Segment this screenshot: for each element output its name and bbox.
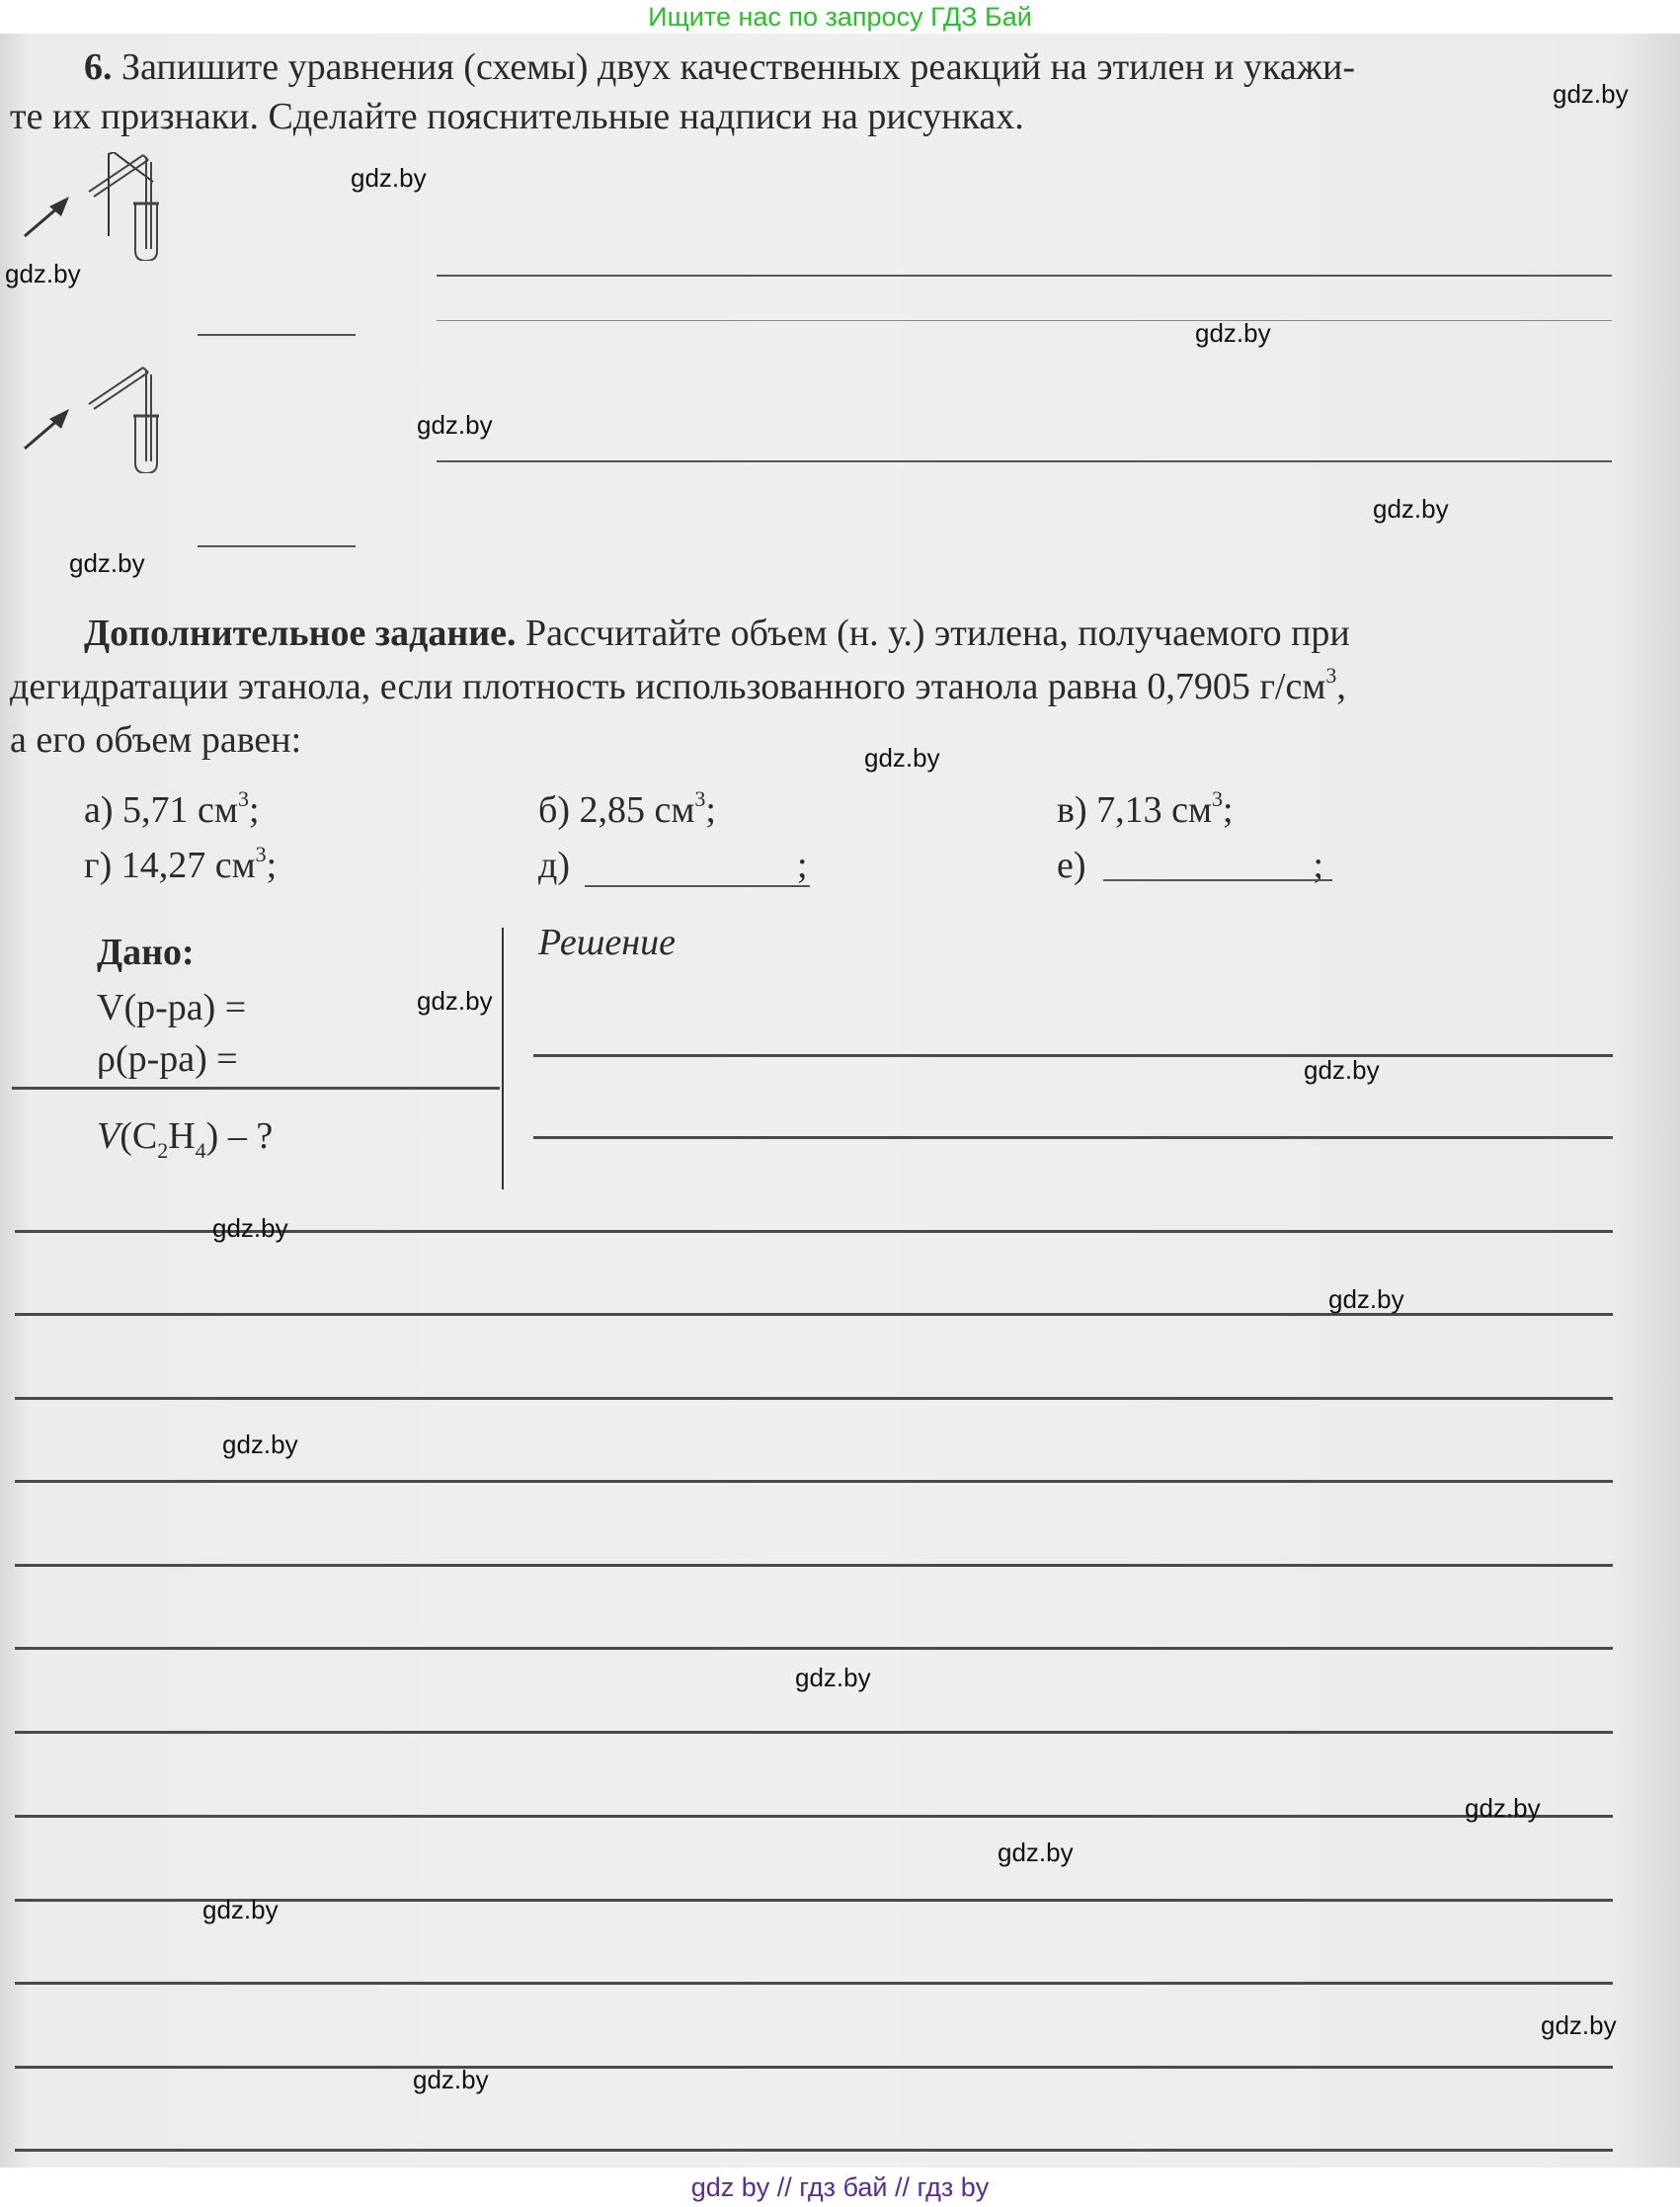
solution-title: Решение	[538, 919, 676, 966]
answer-line[interactable]	[533, 1136, 1613, 1139]
answer-line[interactable]	[15, 1397, 1613, 1400]
answer-line[interactable]	[15, 1647, 1613, 1650]
answer-line[interactable]	[15, 1982, 1613, 1985]
answer-line[interactable]	[15, 1815, 1613, 1818]
watermark: gdz.by	[1195, 318, 1271, 349]
given-separator	[12, 1087, 500, 1090]
extra-task-title: Дополнительное задание.	[84, 613, 517, 654]
watermark: gdz.by	[417, 986, 493, 1017]
option-a[interactable]: а) 5,71 см3;	[84, 786, 260, 834]
workbook-page: 6. Запишите уравнения (схемы) двух качес…	[0, 34, 1680, 2167]
option-b[interactable]: б) 2,85 см3;	[538, 786, 716, 834]
answer-line[interactable]	[15, 1564, 1613, 1567]
watermark: gdz.by	[1328, 1284, 1404, 1315]
extra-task-line2: дегидратации этанола, если плотность исп…	[10, 663, 1346, 710]
task-number: 6.	[84, 46, 113, 88]
figure2-label-line	[198, 545, 356, 547]
watermark: gdz.by	[69, 548, 145, 579]
figure1-label-line	[198, 334, 356, 336]
watermark: gdz.by	[1465, 1793, 1541, 1824]
extra-task-line1: Дополнительное задание. Рассчитайте объе…	[84, 610, 1350, 657]
option-d-blank[interactable]	[585, 885, 810, 887]
answer-line	[437, 275, 1612, 277]
answer-line[interactable]	[15, 2066, 1613, 2069]
answer-line	[437, 320, 1612, 321]
watermark: gdz.by	[795, 1663, 871, 1693]
option-e[interactable]: е);	[1057, 842, 1323, 889]
option-e-blank[interactable]	[1103, 879, 1332, 881]
task6-line1: 6. Запишите уравнения (схемы) двух качес…	[84, 43, 1355, 91]
watermark: gdz.by	[1553, 79, 1629, 110]
given-divider	[502, 928, 504, 1189]
footer-banner: gdz by // гдз бай // гдз by	[0, 2167, 1680, 2207]
watermark: gdz.by	[413, 2065, 489, 2095]
answer-line[interactable]	[15, 2149, 1613, 2152]
watermark: gdz.by	[5, 259, 81, 289]
option-d[interactable]: д);	[538, 842, 808, 889]
find-ethylene-volume: V(C2H4) – ?	[97, 1112, 273, 1160]
watermark: gdz.by	[1541, 2010, 1617, 2041]
watermark: gdz.by	[864, 743, 940, 774]
arrow-icon	[20, 192, 79, 241]
watermark: gdz.by	[1373, 494, 1449, 525]
watermark: gdz.by	[202, 1895, 279, 1925]
watermark: gdz.by	[417, 410, 493, 441]
answer-line	[437, 460, 1612, 462]
watermark: gdz.by	[998, 1838, 1074, 1868]
watermark: gdz.by	[212, 1213, 288, 1244]
option-v[interactable]: в) 7,13 см3;	[1057, 786, 1234, 834]
given-v-solution: V(р-ра) =	[97, 984, 246, 1031]
task6-line2: те их признаки. Сделайте пояснительные н…	[10, 93, 1024, 140]
answer-line[interactable]	[533, 1054, 1613, 1057]
answer-line[interactable]	[15, 1480, 1613, 1483]
watermark: gdz.by	[351, 163, 427, 194]
watermark: gdz.by	[1304, 1055, 1380, 1086]
arrow-icon	[20, 404, 79, 453]
watermark: gdz.by	[222, 1430, 298, 1460]
given-rho-solution: ρ(р-ра) =	[97, 1035, 238, 1083]
header-banner: Ищите нас по запросу ГДЗ Бай	[0, 0, 1680, 34]
option-g[interactable]: г) 14,27 см3;	[84, 842, 277, 889]
given-title: Дано:	[97, 929, 195, 976]
extra-task-line3: а его объем равен:	[10, 716, 301, 764]
answer-line[interactable]	[15, 1731, 1613, 1734]
task6-text: Запишите уравнения (схемы) двух качестве…	[113, 46, 1356, 88]
